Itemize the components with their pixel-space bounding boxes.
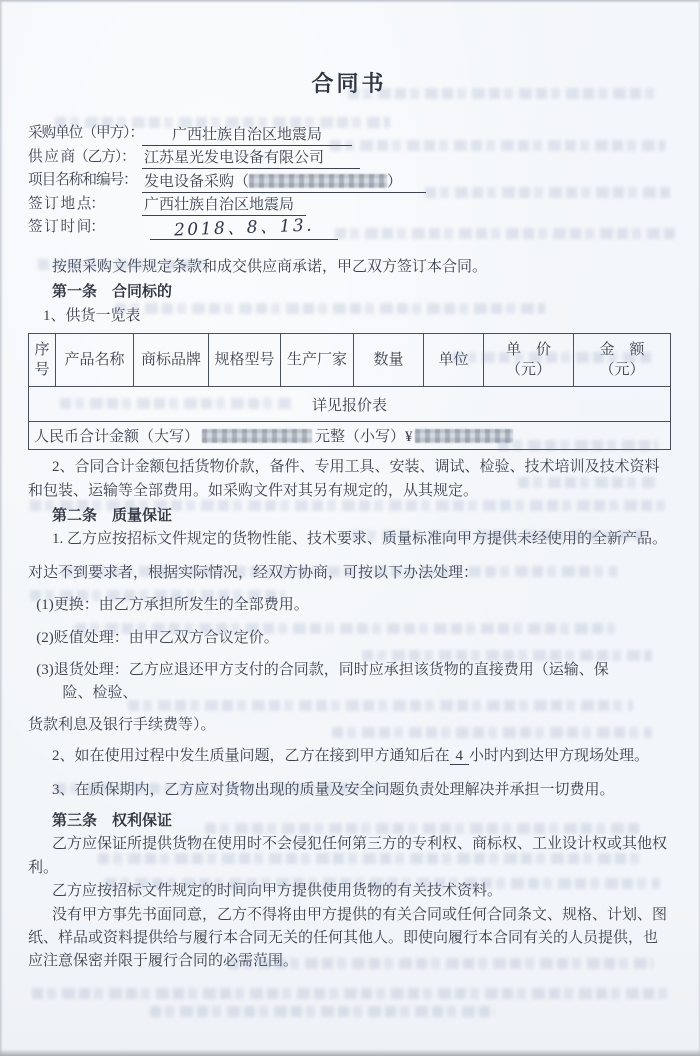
supply-table: 序 号 产品名称 商标品牌 规格型号 生产厂家 数量 单位 单 价 （元） 金 … [28, 333, 671, 450]
bleedthrough-mark [115, 303, 545, 314]
bleedthrough-mark [75, 623, 615, 634]
field-label: 供 应 商（乙方）： [28, 146, 142, 170]
header-manufacturer: 生产厂家 [281, 334, 354, 387]
bleedthrough-mark [62, 566, 617, 577]
bleedthrough-mark [30, 590, 285, 601]
bleedthrough-mark [55, 117, 390, 128]
field-label: 签 订 地 点： [28, 193, 142, 217]
section1-heading: 第一条 合同标的 [28, 281, 670, 304]
total-amount-prefix: 人民币合计金额（大写） [34, 429, 199, 445]
bleedthrough-mark [425, 187, 670, 198]
field-value: 2018、8、13. [150, 218, 338, 240]
project-name-prefix: 发电设备采购（ [144, 174, 249, 190]
bleedthrough-mark [362, 650, 652, 661]
bleedthrough-mark [352, 530, 647, 541]
header-serial-no: 序 号 [29, 334, 56, 387]
bleedthrough-mark [348, 88, 658, 99]
bleedthrough-mark [205, 823, 640, 834]
bleedthrough-mark [150, 1006, 495, 1017]
scan-edge-bottom [0, 1049, 700, 1056]
field-label: 项目名称和编号： [28, 169, 142, 193]
response-hours-value: 4 [450, 748, 470, 765]
bleedthrough-mark [332, 727, 652, 738]
field-value: 江苏星光发电设备有限公司 [142, 148, 360, 169]
bleedthrough-mark [98, 853, 643, 864]
bleedthrough-mark [55, 783, 390, 794]
bleedthrough-mark [60, 398, 295, 409]
bleedthrough-mark [105, 878, 660, 889]
header-quantity: 数量 [354, 334, 424, 387]
field-value: 发电设备采购（） [142, 172, 426, 193]
redacted-project-number [249, 174, 387, 188]
bleedthrough-mark [452, 352, 652, 363]
handwritten-date: 2018、8、13. [174, 215, 315, 240]
total-amount-mid: 元整（小写）¥ [315, 429, 413, 445]
section2-clause2: 2、如在使用过程中发生质量问题，乙方在接到甲方通知后在4小时内到达甲方现场处理。 [28, 745, 670, 768]
redacted-amount-in-words [202, 429, 312, 443]
bleedthrough-mark [335, 228, 675, 239]
contract-page: 合同书 采购单位（甲方）：广西壮族自治区地震局 供 应 商（乙方）：江苏星光发电… [0, 0, 700, 1056]
scan-edge-top [0, 0, 700, 3]
header-product-name: 产品名称 [56, 334, 134, 387]
project-name-suffix: ） [387, 174, 402, 190]
option-return-line1: (3)退货处理：乙方应退还甲方支付的合同款，同时应承担该货物的直接费用（运输、保 [36, 659, 670, 682]
bleedthrough-mark [38, 259, 208, 270]
bleedthrough-mark [30, 500, 665, 511]
field-label: 签 订 时 间： [28, 216, 142, 240]
scan-edge-left [0, 0, 3, 1056]
bleedthrough-mark [128, 700, 633, 711]
bleedthrough-mark [518, 477, 658, 488]
clause2-pre: 2、如在使用过程中发生质量问题，乙方在接到甲方通知后在 [52, 748, 450, 764]
header-brand: 商标品牌 [134, 334, 209, 387]
bleedthrough-mark [330, 140, 665, 151]
field-value: 广西壮族自治区地震局 [142, 195, 306, 216]
field-value: 广西壮族自治区地震局 [142, 125, 352, 146]
bleedthrough-mark [228, 958, 653, 969]
clause2-post: 小时内到达甲方现场处理。 [469, 748, 649, 764]
bleedthrough-mark [32, 988, 672, 999]
bleedthrough-mark [498, 440, 658, 451]
header-model: 规格型号 [209, 334, 281, 387]
